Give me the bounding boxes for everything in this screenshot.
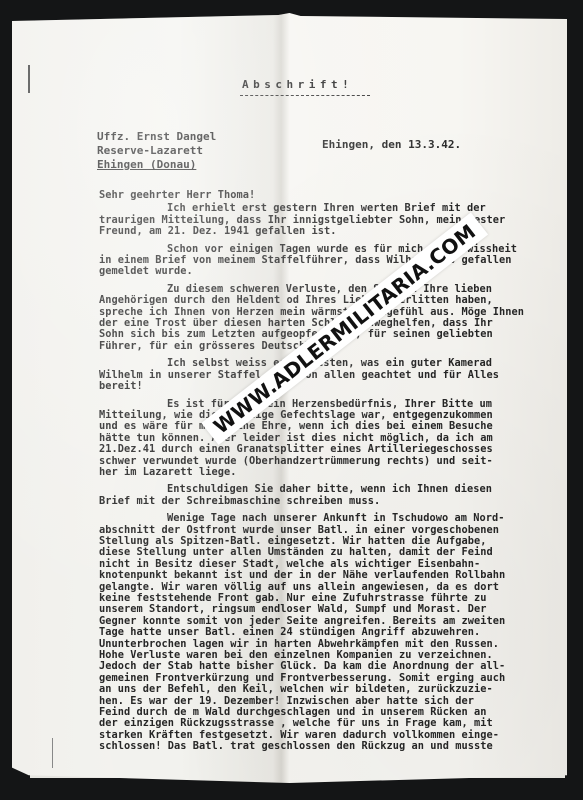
sender-unit: Reserve-Lazarett bbox=[97, 144, 216, 158]
paragraph: Schon vor einigen Tagen wurde es für mic… bbox=[99, 244, 569, 278]
paragraph: Ich erhielt erst gestern Ihren werten Br… bbox=[99, 203, 569, 237]
document-heading: Abschrift! bbox=[242, 78, 353, 91]
heading-underline bbox=[240, 95, 370, 96]
salutation: Sehr geehrter Herr Thoma! bbox=[99, 190, 569, 201]
paragraph: Ich selbst weiss es am besten, was ein g… bbox=[99, 358, 569, 392]
sender-location: Ehingen (Donau) bbox=[97, 158, 216, 172]
paragraph: Wenige Tage nach unserer Ankunft in Tsch… bbox=[99, 513, 569, 753]
margin-pencil-mark-lower bbox=[52, 738, 53, 768]
date-line: Ehingen, den 13.3.42. bbox=[322, 138, 461, 151]
sender-block: Uffz. Ernst Dangel Reserve-Lazarett Ehin… bbox=[97, 130, 216, 172]
paragraph: Es ist für mich ein Herzensbedürfnis, Ih… bbox=[99, 399, 569, 479]
margin-pencil-mark bbox=[28, 65, 30, 93]
sender-name: Uffz. Ernst Dangel bbox=[97, 130, 216, 144]
paragraph: Entschuldigen Sie daher bitte, wenn ich … bbox=[99, 484, 569, 507]
letter-page: Abschrift! Uffz. Ernst Dangel Reserve-La… bbox=[12, 13, 567, 783]
letter-body: Sehr geehrter Herr Thoma! Ich erhielt er… bbox=[99, 190, 569, 759]
